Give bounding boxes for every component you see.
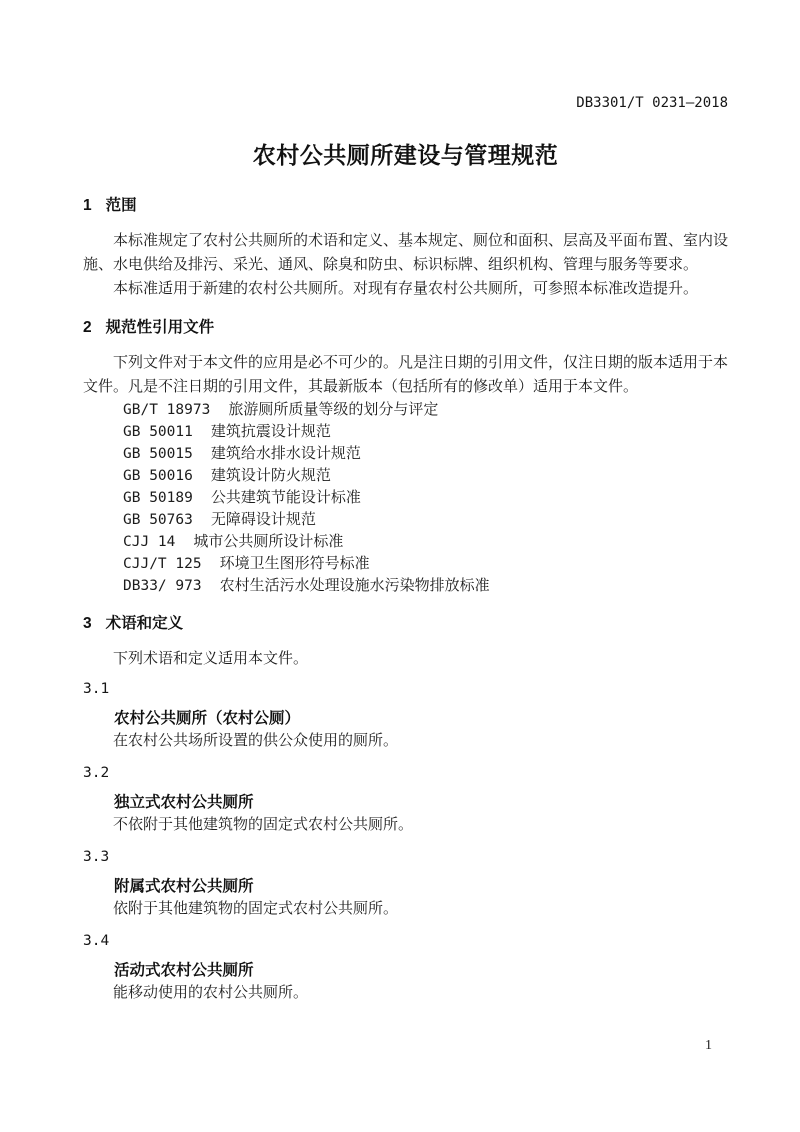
term-definition: 依附于其他建筑物的固定式农村公共厕所。 xyxy=(83,898,728,920)
section-heading-text: 术语和定义 xyxy=(106,615,184,632)
document-page: DB3301/T 0231—2018 农村公共厕所建设与管理规范 1范围 本标准… xyxy=(0,0,800,1132)
term-name: 活动式农村公共厕所 xyxy=(83,960,728,982)
reference-code: GB 50763 xyxy=(123,512,193,528)
section-heading-text: 范围 xyxy=(106,197,137,214)
term-definition: 能移动使用的农村公共厕所。 xyxy=(83,982,728,1004)
reference-title: 农村生活污水处理设施水污染物排放标准 xyxy=(220,578,490,594)
reference-title: 公共建筑节能设计标准 xyxy=(211,490,361,506)
paragraph: 本标准规定了农村公共厕所的术语和定义、基本规定、厕位和面积、层高及平面布置、室内… xyxy=(83,229,728,277)
section-heading: 1范围 xyxy=(83,194,728,218)
reference-title: 建筑设计防火规范 xyxy=(211,468,331,484)
reference-title: 建筑给水排水设计规范 xyxy=(211,446,361,462)
reference-list: GB/T 18973旅游厕所质量等级的划分与评定 GB 50011建筑抗震设计规… xyxy=(83,399,728,597)
page-number: 1 xyxy=(705,1038,712,1054)
reference-code: GB 50011 xyxy=(123,424,193,440)
section-number: 3 xyxy=(83,612,92,636)
reference-code: GB/T 18973 xyxy=(123,402,210,418)
reference-item: GB 50189公共建筑节能设计标准 xyxy=(83,487,728,509)
section-heading: 3术语和定义 xyxy=(83,612,728,636)
document-title: 农村公共厕所建设与管理规范 xyxy=(83,140,728,170)
reference-item: DB33/ 973农村生活污水处理设施水污染物排放标准 xyxy=(83,575,728,597)
term-entry: 3.1 农村公共厕所（农村公厕） 在农村公共场所设置的供公众使用的厕所。 xyxy=(83,678,728,752)
term-entry: 3.2 独立式农村公共厕所 不依附于其他建筑物的固定式农村公共厕所。 xyxy=(83,762,728,836)
term-name: 农村公共厕所（农村公厕） xyxy=(83,708,728,730)
section-normative-references: 2规范性引用文件 下列文件对于本文件的应用是必不可少的。凡是注日期的引用文件，仅… xyxy=(83,316,728,597)
section-terms-and-definitions: 3术语和定义 下列术语和定义适用本文件。 3.1 农村公共厕所（农村公厕） 在农… xyxy=(83,612,728,1004)
term-definition: 在农村公共场所设置的供公众使用的厕所。 xyxy=(83,730,728,752)
section-number: 2 xyxy=(83,316,92,340)
reference-code: DB33/ 973 xyxy=(123,578,202,594)
standard-number: DB3301/T 0231—2018 xyxy=(83,94,728,112)
reference-item: CJJ 14城市公共厕所设计标准 xyxy=(83,531,728,553)
term-name: 独立式农村公共厕所 xyxy=(83,792,728,814)
reference-title: 环境卫生图形符号标准 xyxy=(220,556,370,572)
reference-code: GB 50189 xyxy=(123,490,193,506)
reference-item: GB 50763无障碍设计规范 xyxy=(83,509,728,531)
paragraph: 下列文件对于本文件的应用是必不可少的。凡是注日期的引用文件，仅注日期的版本适用于… xyxy=(83,351,728,399)
reference-code: GB 50016 xyxy=(123,468,193,484)
reference-code: CJJ/T 125 xyxy=(123,556,202,572)
section-heading-text: 规范性引用文件 xyxy=(106,319,215,336)
term-name: 附属式农村公共厕所 xyxy=(83,876,728,898)
term-definition: 不依附于其他建筑物的固定式农村公共厕所。 xyxy=(83,814,728,836)
reference-item: GB/T 18973旅游厕所质量等级的划分与评定 xyxy=(83,399,728,421)
term-entry: 3.3 附属式农村公共厕所 依附于其他建筑物的固定式农村公共厕所。 xyxy=(83,846,728,920)
reference-item: CJJ/T 125环境卫生图形符号标准 xyxy=(83,553,728,575)
term-number: 3.3 xyxy=(83,846,728,868)
reference-title: 建筑抗震设计规范 xyxy=(211,424,331,440)
reference-item: GB 50015建筑给水排水设计规范 xyxy=(83,443,728,465)
reference-code: CJJ 14 xyxy=(123,534,175,550)
reference-title: 旅游厕所质量等级的划分与评定 xyxy=(228,402,438,418)
paragraph: 本标准适用于新建的农村公共厕所。对现有存量农村公共厕所，可参照本标准改造提升。 xyxy=(83,277,728,301)
term-number: 3.4 xyxy=(83,930,728,952)
paragraph: 下列术语和定义适用本文件。 xyxy=(83,647,728,671)
section-scope: 1范围 本标准规定了农村公共厕所的术语和定义、基本规定、厕位和面积、层高及平面布… xyxy=(83,194,728,301)
term-entry: 3.4 活动式农村公共厕所 能移动使用的农村公共厕所。 xyxy=(83,930,728,1004)
reference-code: GB 50015 xyxy=(123,446,193,462)
reference-title: 无障碍设计规范 xyxy=(211,512,316,528)
terms-list: 3.1 农村公共厕所（农村公厕） 在农村公共场所设置的供公众使用的厕所。 3.2… xyxy=(83,678,728,1004)
section-heading: 2规范性引用文件 xyxy=(83,316,728,340)
reference-title: 城市公共厕所设计标准 xyxy=(193,534,343,550)
term-number: 3.1 xyxy=(83,678,728,700)
reference-item: GB 50011建筑抗震设计规范 xyxy=(83,421,728,443)
section-number: 1 xyxy=(83,194,92,218)
term-number: 3.2 xyxy=(83,762,728,784)
reference-item: GB 50016建筑设计防火规范 xyxy=(83,465,728,487)
